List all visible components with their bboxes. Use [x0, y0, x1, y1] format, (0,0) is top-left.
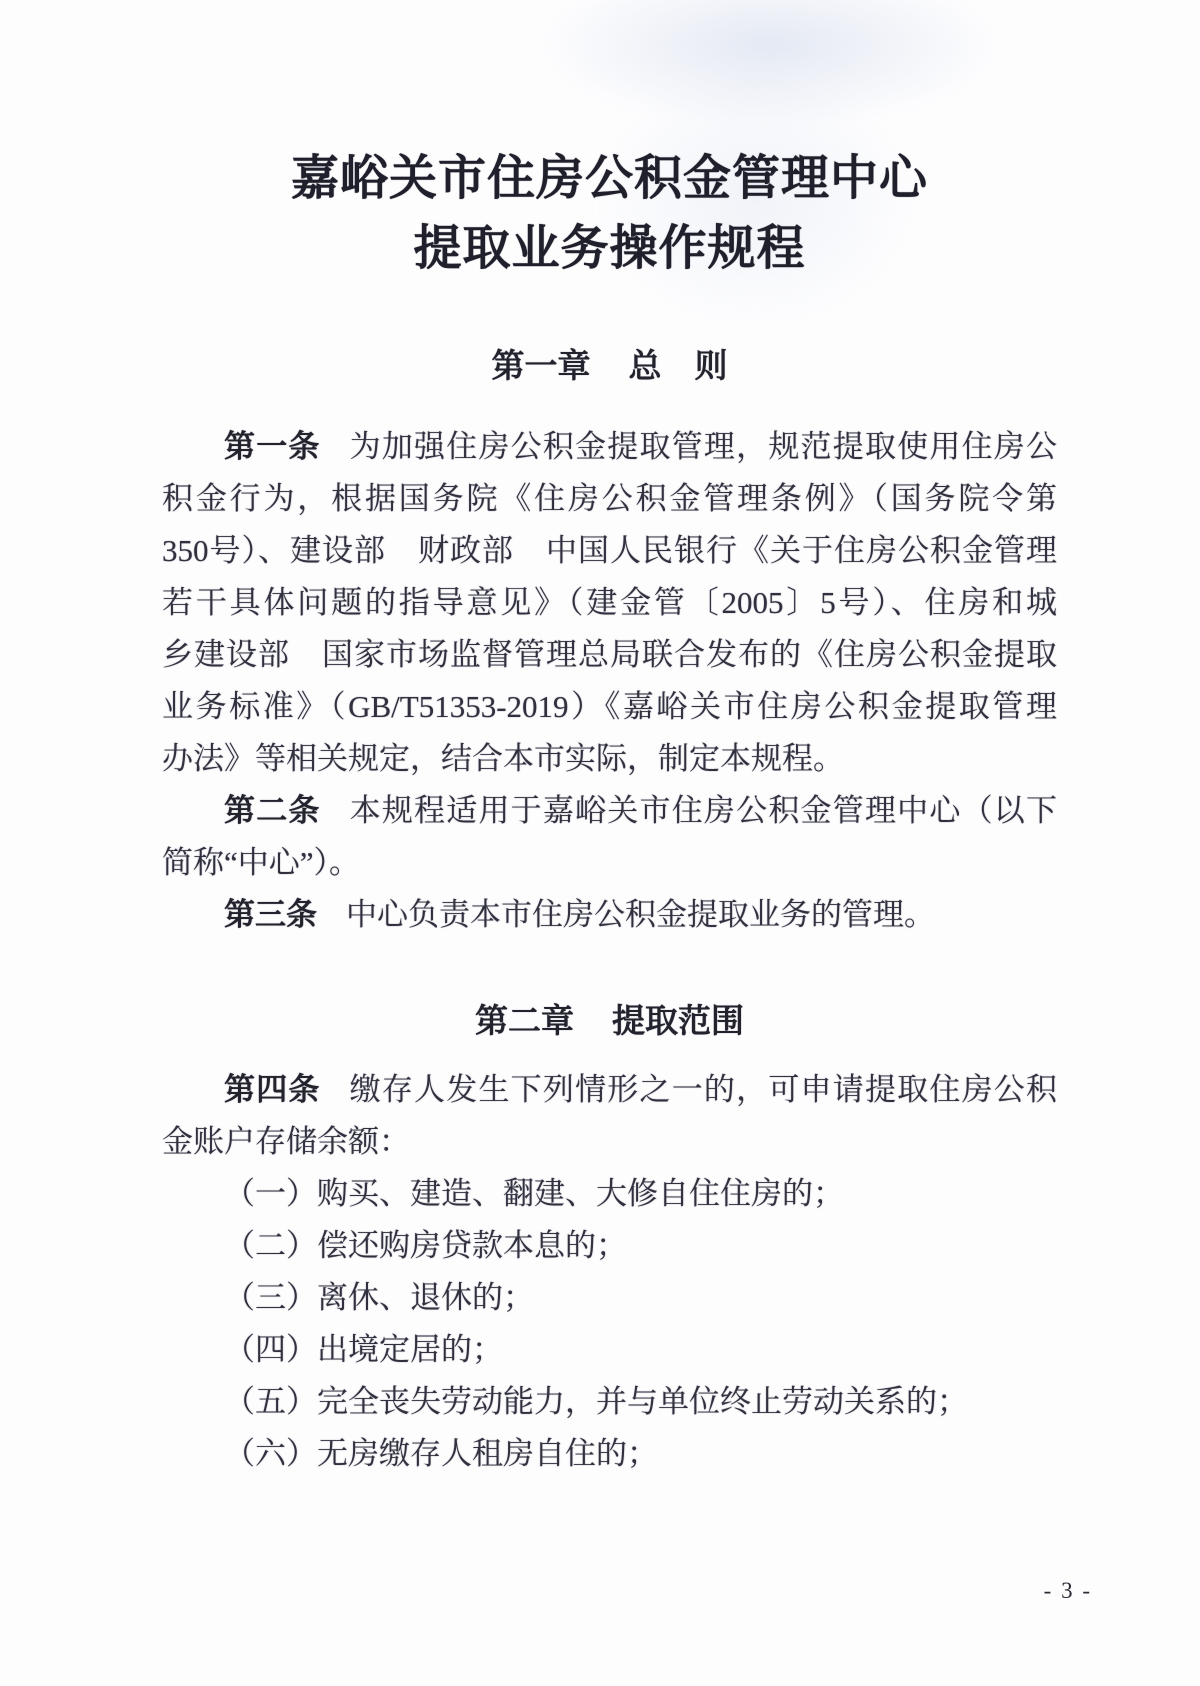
document-content: 嘉峪关市住房公积金管理中心 提取业务操作规程 第一章总 则 第一条为加强住房公积…	[162, 0, 1057, 1480]
article-3-line-1: 第三条中心负责本市住房公积金提取业务的管理。	[162, 889, 1057, 941]
document-title: 嘉峪关市住房公积金管理中心 提取业务操作规程	[162, 144, 1057, 284]
title-line-1: 嘉峪关市住房公积金管理中心	[162, 144, 1057, 214]
chapter-1-number: 第一章	[492, 347, 591, 384]
article-2: 第二条本规程适用于嘉峪关市住房公积金管理中心（以下 简称“中心”）。	[162, 785, 1057, 889]
chapter-1-heading: 第一章总 则	[162, 344, 1057, 388]
chapter-2-heading: 第二章提取范围	[162, 999, 1057, 1043]
chapter-1-body: 第一条为加强住房公积金提取管理，规范提取使用住房公 积金行为，根据国务院《住房公…	[162, 421, 1057, 941]
article-4: 第四条缴存人发生下列情形之一的，可申请提取住房公积 金账户存储余额：	[162, 1064, 1057, 1168]
list-item-2: （二）偿还购房贷款本息的；	[162, 1220, 1057, 1272]
chapter-2-number: 第二章	[475, 1002, 574, 1039]
article-4-label: 第四条	[224, 1072, 321, 1107]
article-3-label: 第三条	[224, 897, 317, 932]
article-2-text-1: 本规程适用于嘉峪关市住房公积金管理中心（以下	[350, 793, 1057, 828]
article-3-text-1: 中心负责本市住房公积金提取业务的管理。	[346, 897, 935, 932]
list-item-3: （三）离休、退休的；	[162, 1272, 1057, 1324]
article-4-text-1: 缴存人发生下列情形之一的，可申请提取住房公积	[350, 1072, 1057, 1107]
article-4-line-1: 第四条缴存人发生下列情形之一的，可申请提取住房公积	[162, 1064, 1057, 1116]
article-2-label: 第二条	[224, 793, 321, 828]
list-item-6: （六）无房缴存人租房自住的；	[162, 1428, 1057, 1480]
article-1-label: 第一条	[224, 429, 321, 464]
page-number: - 3 -	[1044, 1578, 1092, 1604]
article-3: 第三条中心负责本市住房公积金提取业务的管理。	[162, 889, 1057, 941]
article-1-line-1: 第一条为加强住房公积金提取管理，规范提取使用住房公	[162, 421, 1057, 473]
list-item-4: （四）出境定居的；	[162, 1324, 1057, 1376]
scanned-document-page: 嘉峪关市住房公积金管理中心 提取业务操作规程 第一章总 则 第一条为加强住房公积…	[0, 0, 1200, 1686]
article-1-line-5: 乡建设部 国家市场监督管理总局联合发布的《住房公积金提取	[162, 629, 1057, 681]
chapter-1-title: 总 则	[629, 347, 728, 384]
article-1-line-2: 积金行为，根据国务院《住房公积金管理条例》（国务院令第	[162, 473, 1057, 525]
article-1-line-7: 办法》等相关规定，结合本市实际，制定本规程。	[162, 733, 1057, 785]
article-1: 第一条为加强住房公积金提取管理，规范提取使用住房公 积金行为，根据国务院《住房公…	[162, 421, 1057, 785]
list-item-5: （五）完全丧失劳动能力，并与单位终止劳动关系的；	[162, 1376, 1057, 1428]
article-4-line-2: 金账户存储余额：	[162, 1116, 1057, 1168]
chapter-2-title: 提取范围	[612, 1002, 744, 1039]
article-2-line-2: 简称“中心”）。	[162, 837, 1057, 889]
article-1-text-1: 为加强住房公积金提取管理，规范提取使用住房公	[350, 429, 1057, 464]
article-1-line-3: 350号）、建设部 财政部 中国人民银行《关于住房公积金管理	[162, 525, 1057, 577]
article-1-line-4: 若干具体问题的指导意见》（建金管〔2005〕5号）、住房和城	[162, 577, 1057, 629]
list-item-1: （一）购买、建造、翻建、大修自住住房的；	[162, 1168, 1057, 1220]
title-line-2: 提取业务操作规程	[162, 214, 1057, 284]
article-2-line-1: 第二条本规程适用于嘉峪关市住房公积金管理中心（以下	[162, 785, 1057, 837]
article-1-line-6: 业务标准》（GB/T51353-2019）《嘉峪关市住房公积金提取管理	[162, 681, 1057, 733]
withdrawal-conditions-list: （一）购买、建造、翻建、大修自住住房的； （二）偿还购房贷款本息的； （三）离休…	[162, 1168, 1057, 1480]
